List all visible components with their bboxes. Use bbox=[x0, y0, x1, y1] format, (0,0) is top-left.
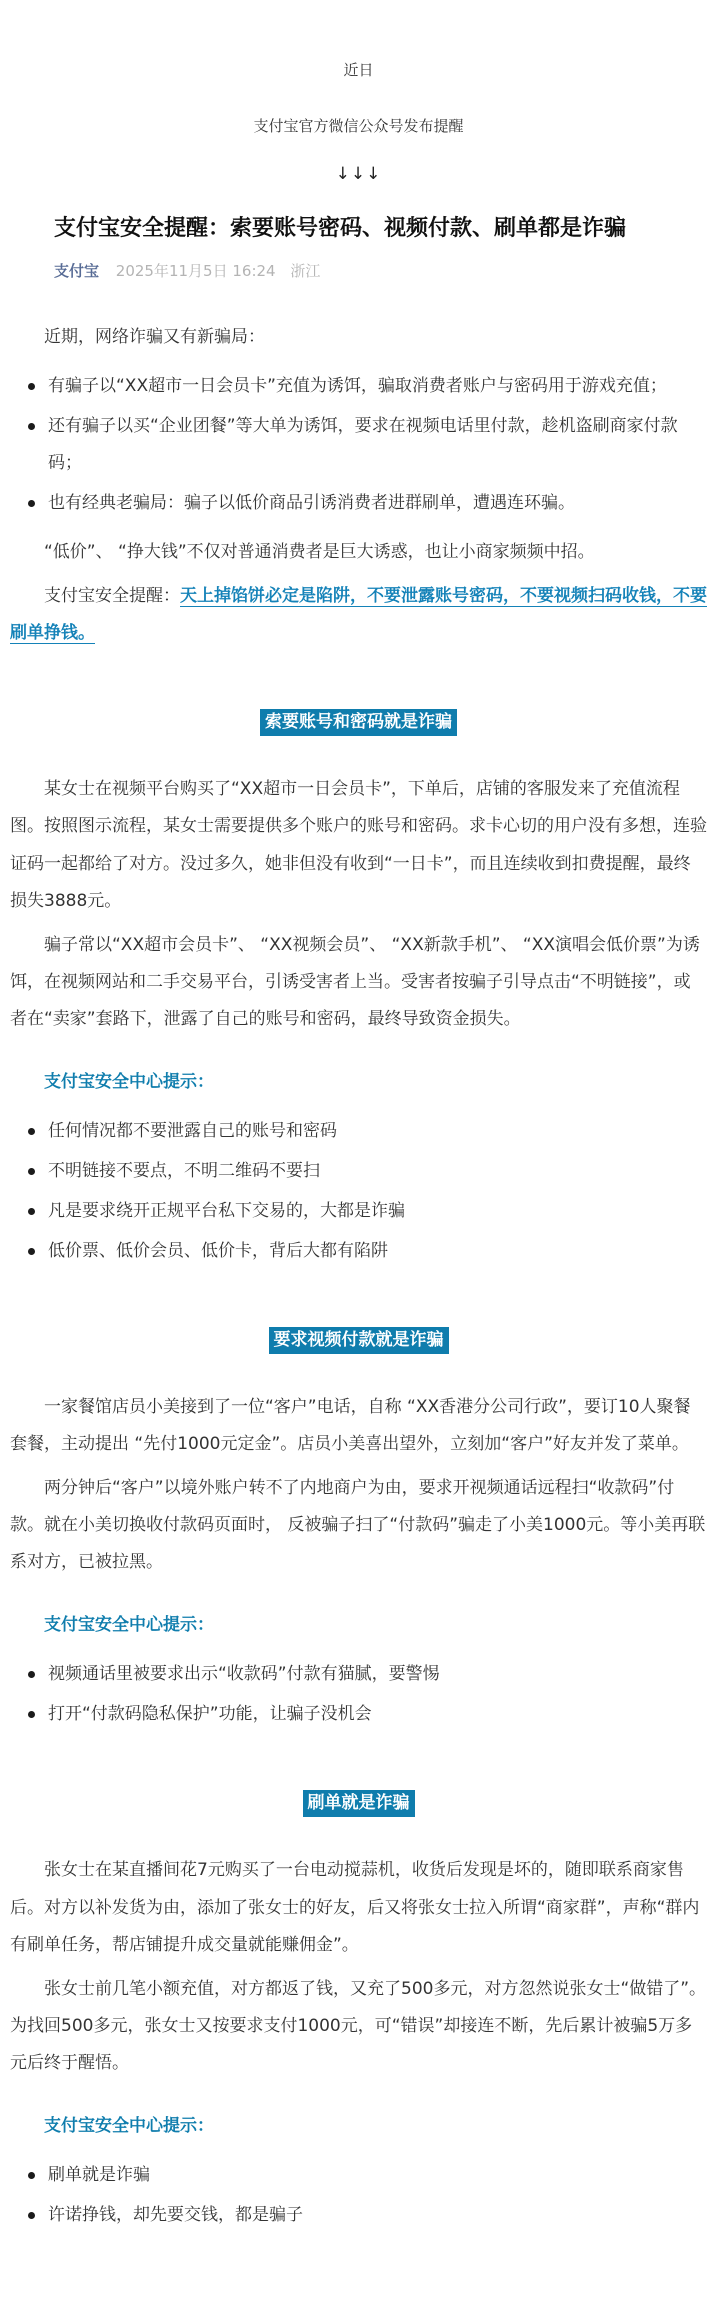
list-item: 任何情况都不要泄露自己的账号和密码 bbox=[26, 1113, 707, 1150]
list-item: 也有经典老骗局：骗子以低价商品引诱消费者进群刷单，遭遇连环骗。 bbox=[26, 485, 707, 522]
section-paragraph: 两分钟后“客户”以境外账户转不了内地商户为由，要求开视频通话远程扫“收款码”付款… bbox=[10, 1470, 707, 1581]
section-paragraph: 一家餐馆店员小美接到了一位“客户”电话，自称 “XX香港分公司行政”，要订10人… bbox=[10, 1389, 707, 1463]
tips-label: 支付宝安全中心提示： bbox=[10, 1064, 707, 1101]
list-item: 打开“付款码隐私保护”功能，让骗子没机会 bbox=[26, 1696, 707, 1733]
article-body: 近期，网络诈骗又有新骗局： 有骗子以“XX超市一日会员卡”充值为诱饵，骗取消费者… bbox=[0, 282, 717, 2234]
publish-location: 浙江 bbox=[290, 262, 320, 280]
lead-intro: 近期，网络诈骗又有新骗局： bbox=[10, 319, 707, 356]
warning-prefix: 支付宝安全提醒： bbox=[44, 586, 180, 606]
tips-label: 支付宝安全中心提示： bbox=[10, 2108, 707, 2145]
section-badge-row: 要求视频付款就是诈骗 bbox=[10, 1322, 707, 1359]
security-warning: 支付宝安全提醒：天上掉馅饼必定是陷阱，不要泄露账号密码，不要视频扫码收钱，不要刷… bbox=[10, 578, 707, 652]
tips-list: 视频通话里被要求出示“收款码”付款有猫腻，要警惕 打开“付款码隐私保护”功能，让… bbox=[10, 1656, 707, 1733]
section-paragraph: 张女士在某直播间花7元购买了一台电动搅蒜机，收货后发现是坏的，随即联系商家售后。… bbox=[10, 1852, 707, 1963]
tips-list: 刷单就是诈骗 许诺挣钱，却先要交钱，都是骗子 bbox=[10, 2157, 707, 2234]
section-brushing-orders: 刷单就是诈骗 张女士在某直播间花7元购买了一台电动搅蒜机，收货后发现是坏的，随即… bbox=[10, 1785, 707, 2233]
section-badge: 刷单就是诈骗 bbox=[303, 1790, 415, 1817]
section-video-payment: 要求视频付款就是诈骗 一家餐馆店员小美接到了一位“客户”电话，自称 “XX香港分… bbox=[10, 1322, 707, 1733]
list-item: 不明链接不要点，不明二维码不要扫 bbox=[26, 1153, 707, 1190]
publish-date: 2025年11月5日 16:24 bbox=[116, 262, 276, 280]
section-badge-row: 刷单就是诈骗 bbox=[10, 1785, 707, 1822]
section-paragraph: 骗子常以“XX超市会员卡”、 “XX视频会员”、 “XX新款手机”、 “XX演唱… bbox=[10, 927, 707, 1038]
page-title: 支付宝安全提醒：索要账号密码、视频付款、刷单都是诈骗 bbox=[54, 212, 663, 245]
intro-line-1: 近日 bbox=[0, 58, 717, 82]
section-badge-row: 索要账号和密码就是诈骗 bbox=[10, 704, 707, 741]
list-item: 有骗子以“XX超市一日会员卡”充值为诱饵，骗取消费者账户与密码用于游戏充值； bbox=[26, 368, 707, 405]
lead-paragraph: “低价”、 “挣大钱”不仅对普通消费者是巨大诱惑，也让小商家频频中招。 bbox=[10, 534, 707, 571]
tips-list: 任何情况都不要泄露自己的账号和密码 不明链接不要点，不明二维码不要扫 凡是要求绕… bbox=[10, 1113, 707, 1270]
section-account-password: 索要账号和密码就是诈骗 某女士在视频平台购买了“XX超市一日会员卡”，下单后，店… bbox=[10, 704, 707, 1270]
intro-line-2: 支付宝官方微信公众号发布提醒 bbox=[0, 114, 717, 138]
list-item: 刷单就是诈骗 bbox=[26, 2157, 707, 2194]
byline: 支付宝 2025年11月5日 16:24 浙江 bbox=[54, 261, 663, 282]
list-item: 凡是要求绕开正规平台私下交易的，大都是诈骗 bbox=[26, 1193, 707, 1230]
list-item: 还有骗子以买“企业团餐”等大单为诱饵，要求在视频电话里付款，趁机盗刷商家付款码； bbox=[26, 408, 707, 482]
author-link[interactable]: 支付宝 bbox=[54, 262, 99, 280]
list-item: 低价票、低价会员、低价卡，背后大都有陷阱 bbox=[26, 1233, 707, 1270]
section-paragraph: 张女士前几笔小额充值，对方都返了钱，又充了500多元，对方忽然说张女士“做错了”… bbox=[10, 1971, 707, 2082]
article-page: 近日 支付宝官方微信公众号发布提醒 ↓↓↓ 支付宝安全提醒：索要账号密码、视频付… bbox=[0, 0, 717, 2306]
down-arrows-icon: ↓↓↓ bbox=[0, 164, 717, 184]
list-item: 视频通话里被要求出示“收款码”付款有猫腻，要警惕 bbox=[26, 1656, 707, 1693]
lead-bullet-list: 有骗子以“XX超市一日会员卡”充值为诱饵，骗取消费者账户与密码用于游戏充值； 还… bbox=[10, 368, 707, 522]
tips-label: 支付宝安全中心提示： bbox=[10, 1607, 707, 1644]
section-badge: 索要账号和密码就是诈骗 bbox=[260, 709, 457, 736]
list-item: 许诺挣钱，却先要交钱，都是骗子 bbox=[26, 2197, 707, 2234]
section-paragraph: 某女士在视频平台购买了“XX超市一日会员卡”，下单后，店铺的客服发来了充值流程图… bbox=[10, 771, 707, 919]
section-badge: 要求视频付款就是诈骗 bbox=[269, 1327, 449, 1354]
